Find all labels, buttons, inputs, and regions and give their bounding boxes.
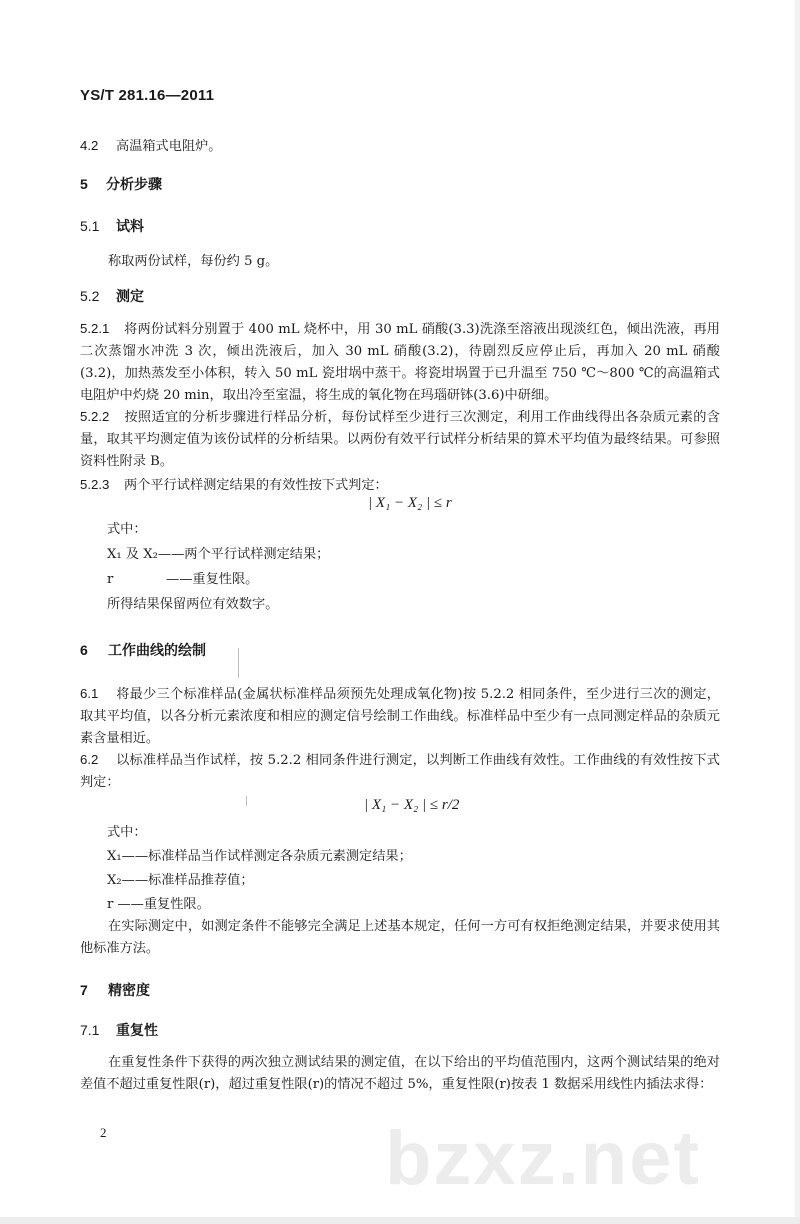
where-x1-x2: X₁ 及 X₂——两个平行试样测定结果； — [107, 544, 329, 565]
clause-5-2-2: 5.2.2按照适宜的分析步骤进行样品分析，每份试样至少进行三次测定，利用工作曲线… — [80, 406, 720, 473]
where-x1: X₁——标准样品当作试样测定各杂质元素测定结果； — [107, 846, 412, 867]
section-title: 测定 — [116, 289, 144, 305]
section-title: 分析步骤 — [106, 177, 162, 193]
formula-6-2: | X₁ − X₂ | ≤ r/2 — [364, 797, 459, 814]
clause-4-2: 4.2高温箱式电阻炉。 — [80, 135, 222, 157]
section-title: 精密度 — [108, 983, 150, 999]
clause-number: 6.2 — [80, 749, 116, 771]
section-number: 7 — [80, 982, 108, 998]
clause-number: 5.2.2 — [80, 406, 124, 428]
document-code: YS/T 281.16—2011 — [80, 87, 214, 104]
section-7-heading: 7精密度 — [80, 980, 150, 1000]
clause-text: 两个平行试样测定结果的有效性按下式判定： — [124, 478, 388, 493]
clause-number: 4.2 — [80, 135, 116, 156]
section-number: 5.2 — [80, 288, 116, 304]
where-label: 式中： — [107, 519, 147, 540]
section-5-heading: 5分析步骤 — [80, 174, 162, 194]
clause-7-1-body: 在重复性条件下获得的两次独立测试结果的测定值，在以下给出的平均值范围内，这两个测… — [80, 1052, 720, 1096]
clause-5-2-1: 5.2.1将两份试料分别置于 400 mL 烧杯中，用 30 mL 硝酸(3.3… — [80, 318, 720, 407]
clause-text: 以标准样品当作试样，按 5.2.2 相同条件进行测定，以判断工作曲线有效性。工作… — [80, 753, 720, 790]
page-edge — [795, 0, 800, 1217]
section-5-2-heading: 5.2测定 — [80, 286, 144, 306]
section-number: 7.1 — [80, 1022, 116, 1038]
clause-5-1-body: 称取两份试样，每份约 5 g。 — [108, 251, 278, 272]
where-r: r ——重复性限。 — [107, 569, 258, 590]
where-x2: X₂——标准样品推荐值； — [107, 870, 254, 891]
clause-number: 5.2.3 — [80, 474, 124, 495]
significant-figures-note: 所得结果保留两位有效数字。 — [107, 594, 278, 615]
section-7-1-heading: 7.1重复性 — [80, 1020, 158, 1040]
clause-number: 6.1 — [80, 683, 116, 705]
section-title: 重复性 — [116, 1023, 158, 1039]
clause-text: 按照适宜的分析步骤进行样品分析，每份试样至少进行三次测定，利用工作曲线得出各杂质… — [80, 410, 720, 469]
watermark: bzxz.net — [385, 1115, 701, 1202]
page-number: 2 — [100, 1125, 107, 1141]
clause-5-2-3: 5.2.3两个平行试样测定结果的有效性按下式判定： — [80, 474, 388, 496]
where-r: r ——重复性限。 — [107, 894, 210, 915]
section-title: 工作曲线的绘制 — [108, 643, 206, 659]
section-number: 5 — [80, 176, 106, 192]
clause-6-1: 6.1将最少三个标准样品(金属状标准样品须预先处理成氧化物)按 5.2.2 相同… — [80, 683, 720, 750]
clause-number: 5.2.1 — [80, 318, 124, 340]
validity-note: 在实际测定中，如测定条件不能够完全满足上述基本规定，任何一方可有权拒绝测定结果，… — [80, 916, 720, 960]
page-edge — [0, 1217, 800, 1224]
scan-artifact-line — [246, 796, 247, 806]
section-5-1-heading: 5.1试料 — [80, 216, 144, 236]
clause-text: 将两份试料分别置于 400 mL 烧杯中，用 30 mL 硝酸(3.3)洗涤至溶… — [80, 322, 720, 403]
section-number: 6 — [80, 642, 108, 658]
clause-6-2: 6.2以标准样品当作试样，按 5.2.2 相同条件进行测定，以判断工作曲线有效性… — [80, 749, 720, 794]
scan-artifact-line — [238, 648, 239, 678]
formula-5-2-3: | X₁ − X₂ | ≤ r — [368, 495, 452, 512]
clause-text: 高温箱式电阻炉。 — [116, 139, 222, 154]
clause-text: 将最少三个标准样品(金属状标准样品须预先处理成氧化物)按 5.2.2 相同条件，… — [80, 687, 720, 746]
section-title: 试料 — [116, 219, 144, 235]
section-6-heading: 6工作曲线的绘制 — [80, 640, 206, 660]
where-label: 式中： — [107, 822, 147, 843]
section-number: 5.1 — [80, 218, 116, 234]
